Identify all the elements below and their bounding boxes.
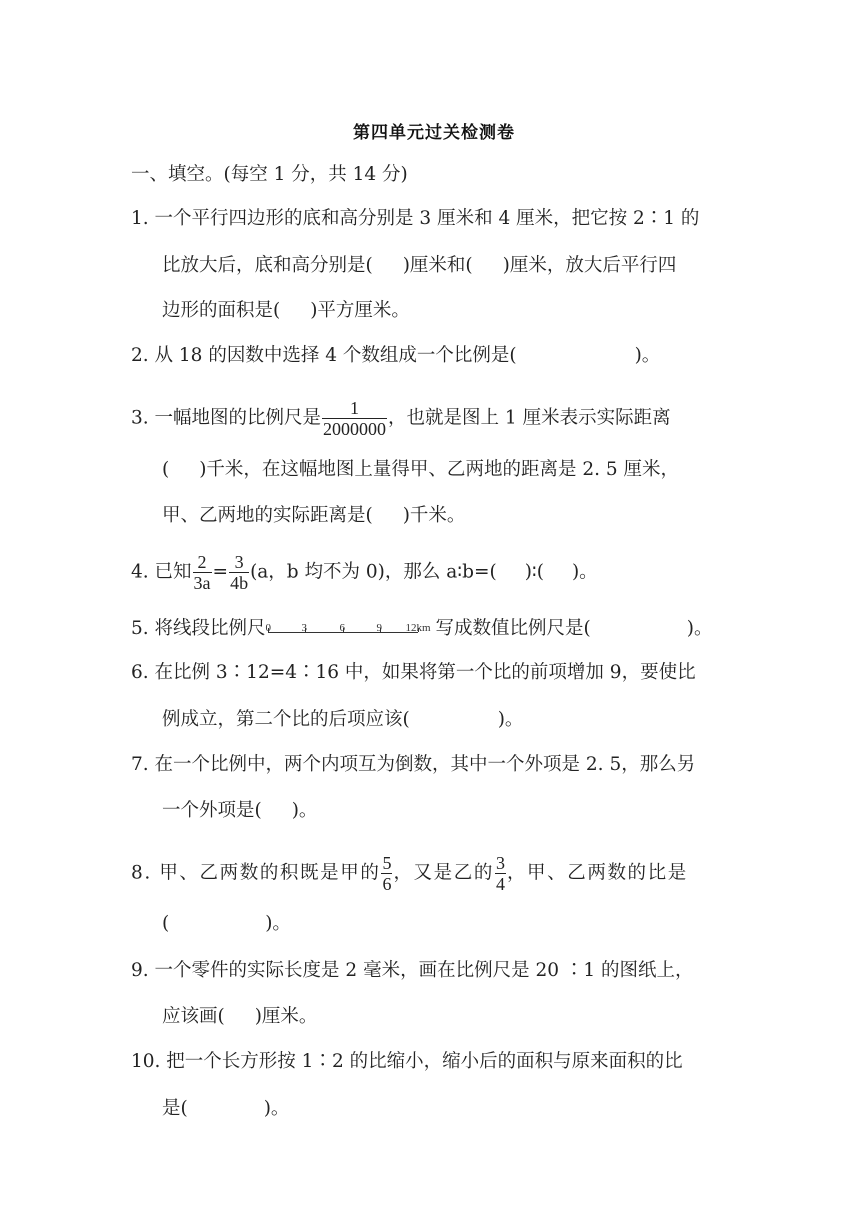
fraction-numerator: 2: [193, 552, 212, 573]
question-4: 4. 已知23a=34b(a，b 均不为 0)，那么 a∶b=()∶()。: [131, 552, 598, 593]
fraction-3-over-4b: 34b: [229, 552, 249, 593]
question-9-line-2: 应该画()厘米。: [162, 1005, 317, 1029]
question-5: 5. 将线段比例尺 0 3 6 9 12km 写成数值比例尺是()。: [131, 617, 712, 641]
q8-text-e: )。: [265, 913, 291, 934]
equals-sign: =: [213, 562, 229, 583]
fraction-denominator: 4: [495, 874, 506, 894]
fraction-scale: 12000000: [322, 398, 387, 439]
question-1-line-2: 比放大后，底和高分别是()厘米和()厘米，放大后平行四: [162, 254, 676, 278]
question-1-line-3: 边形的面积是()平方厘米。: [162, 299, 410, 323]
question-1-line-1: 1. 一个平行四边形的底和高分别是 3 厘米和 4 厘米，把它按 2∶1 的: [131, 207, 699, 231]
q10-text-b: )。: [264, 1098, 290, 1119]
q8-text-c: ，甲、乙两数的比是: [507, 863, 688, 884]
q10-text-a: 是(: [162, 1098, 188, 1119]
fraction-3-over-4: 34: [495, 853, 506, 894]
q3-text-f: )千米。: [403, 505, 466, 526]
q8-text-b: ，又是乙的: [393, 863, 494, 884]
page-title: 第四单元过关检测卷: [0, 118, 868, 143]
q4-text-d: )。: [572, 562, 598, 583]
fraction-denominator: 6: [381, 874, 392, 894]
q4-text-c: )∶(: [525, 562, 544, 583]
question-3-line-1: 3. 一幅地图的比例尺是12000000，也就是图上 1 厘米表示实际距离: [131, 398, 671, 439]
q9-text-a: 应该画(: [162, 1006, 225, 1027]
fraction-5-over-6: 56: [381, 853, 392, 894]
scale-label: 9: [377, 616, 383, 640]
question-6-line-1: 6. 在比例 3∶12=4∶16 中，如果将第一个比的前项增加 9，要使比: [131, 661, 696, 685]
question-8-line-2: ()。: [162, 912, 291, 936]
q4-text-b: (a，b 均不为 0)，那么 a∶b=(: [250, 562, 497, 583]
q1-text-e: )平方厘米。: [310, 300, 410, 321]
q6-text-a: 例成立，第二个比的后项应该(: [162, 709, 410, 730]
q9-text-b: )厘米。: [255, 1006, 318, 1027]
q5-text-a: 5. 将线段比例尺: [131, 618, 266, 639]
fraction-denominator: 4b: [229, 573, 249, 593]
question-7-line-1: 7. 在一个比例中，两个内项互为倒数，其中一个外项是 2. 5，那么另: [131, 753, 695, 777]
question-10-line-2: 是()。: [162, 1097, 289, 1121]
q2-text-b: )。: [635, 345, 661, 366]
line-scale-bar: 0 3 6 9 12km: [266, 618, 436, 640]
fraction-numerator: 3: [495, 853, 506, 874]
q8-text-a: 8. 甲、乙两数的积既是甲的: [131, 863, 380, 884]
q3-text-e: 甲、乙两地的实际距离是(: [162, 505, 373, 526]
q8-text-d: (: [162, 913, 169, 934]
question-2: 2. 从 18 的因数中选择 4 个数组成一个比例是()。: [131, 344, 660, 368]
q3-text-a: 3. 一幅地图的比例尺是: [131, 408, 321, 429]
q3-text-c: (: [162, 459, 169, 480]
q4-text-a: 4. 已知: [131, 562, 192, 583]
q6-text-b: )。: [498, 709, 524, 730]
q1-text-d: 边形的面积是(: [162, 300, 280, 321]
fraction-numerator: 5: [381, 853, 392, 874]
q7-text-b: )。: [292, 800, 318, 821]
q5-text-c: )。: [687, 618, 713, 639]
q1-text-b: )厘米和(: [403, 255, 473, 276]
question-7-line-2: 一个外项是()。: [162, 799, 317, 823]
exam-page: 第四单元过关检测卷 一、填空。(每空 1 分，共 14 分) 1. 一个平行四边…: [0, 0, 868, 1227]
q5-text-b: 写成数值比例尺是(: [436, 618, 591, 639]
fraction-numerator: 3: [229, 552, 249, 573]
question-3-line-3: 甲、乙两地的实际距离是()千米。: [162, 504, 465, 528]
q1-text-c: )厘米，放大后平行四: [503, 255, 677, 276]
fraction-numerator: 1: [322, 398, 387, 419]
q3-text-d: )千米，在这幅地图上量得甲、乙两地的距离是 2. 5 厘米，: [199, 459, 679, 480]
question-6-line-2: 例成立，第二个比的后项应该()。: [162, 708, 523, 732]
scale-label: 0: [266, 616, 272, 640]
fraction-2-over-3a: 23a: [193, 552, 212, 593]
q2-text-a: 2. 从 18 的因数中选择 4 个数组成一个比例是(: [131, 345, 517, 366]
question-10-line-1: 10. 把一个长方形按 1∶2 的比缩小，缩小后的面积与原来面积的比: [131, 1050, 683, 1074]
question-9-line-1: 9. 一个零件的实际长度是 2 毫米，画在比例尺是 20 ∶1 的图纸上，: [131, 959, 694, 983]
q7-text-a: 一个外项是(: [162, 800, 262, 821]
fraction-denominator: 2000000: [322, 419, 387, 439]
question-8-line-1: 8. 甲、乙两数的积既是甲的56，又是乙的34，甲、乙两数的比是: [131, 853, 688, 894]
scale-label: 3: [302, 616, 308, 640]
q1-text-a: 比放大后，底和高分别是(: [162, 255, 373, 276]
scale-label: 6: [340, 616, 346, 640]
fraction-denominator: 3a: [193, 573, 212, 593]
section-heading: 一、填空。(每空 1 分，共 14 分): [131, 163, 408, 187]
q3-text-b: ，也就是图上 1 厘米表示实际距离: [388, 408, 671, 429]
question-3-line-2: ()千米，在这幅地图上量得甲、乙两地的距离是 2. 5 厘米，: [162, 458, 679, 482]
scale-label: 12km: [406, 616, 431, 640]
